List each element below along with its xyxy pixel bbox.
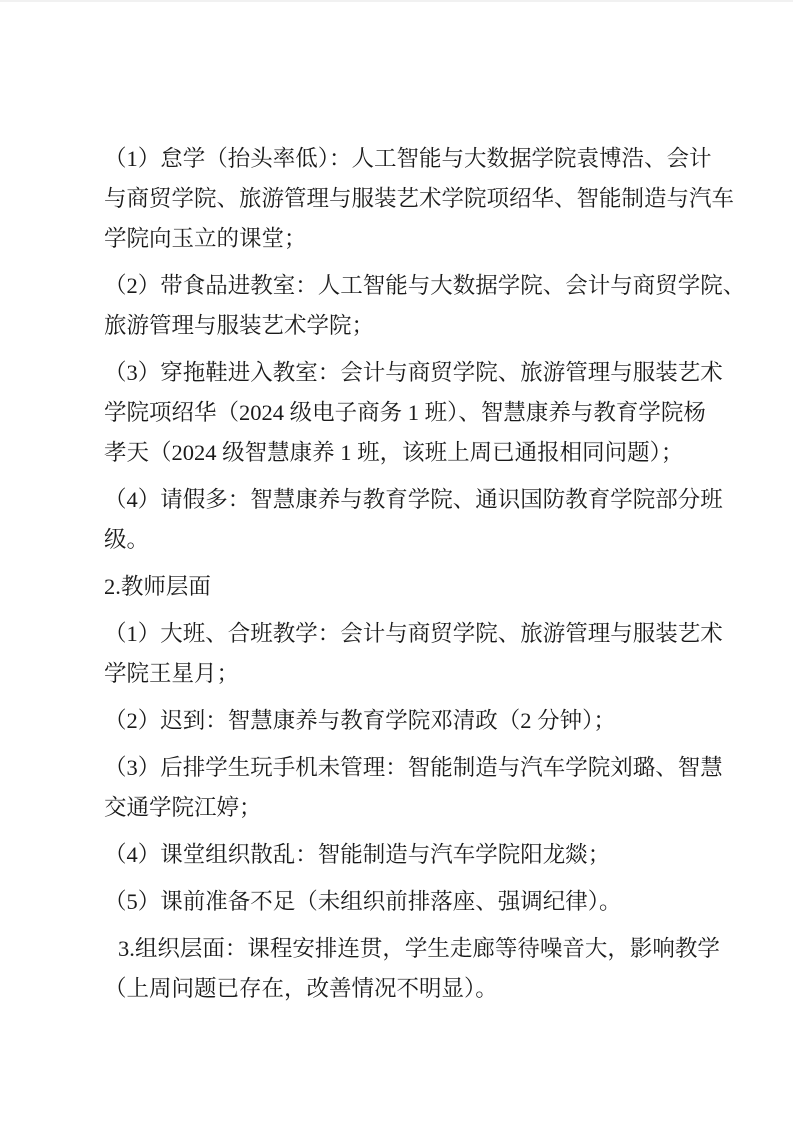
student-issue-4: （4）请假多：智慧康养与教育学院、通识国防教育学院部分班级。 [104,480,696,560]
text-line: 2.教师层面 [104,567,696,607]
text-line: 学院王星月； [104,654,696,694]
teacher-issue-4: （4）课堂组织散乱：智能制造与汽车学院阳龙燚； [104,835,696,875]
text-line: 学院向玉立的课堂； [104,219,696,259]
text-line: 孝天（2024 级智慧康养 1 班，该班上周已通报相同问题）； [104,433,696,473]
teacher-issue-3: （3）后排学生玩手机未管理：智能制造与汽车学院刘璐、智慧交通学院江婷； [104,748,696,828]
text-line: 学院项绍华（2024 级电子商务 1 班）、智慧康养与教育学院杨 [104,393,696,433]
student-issue-3: （3）穿拖鞋进入教室：会计与商贸学院、旅游管理与服装艺术学院项绍华（2024 级… [104,353,696,473]
text-line: 级。 [104,520,696,560]
text-line: （3）后排学生玩手机未管理：智能制造与汽车学院刘璐、智慧 [104,748,696,788]
text-line: （上周问题已存在，改善情况不明显）。 [104,969,696,1009]
student-issue-1: （1）怠学（抬头率低）：人工智能与大数据学院袁博浩、会计与商贸学院、旅游管理与服… [104,139,696,259]
text-line: （2）带食品进教室：人工智能与大数据学院、会计与商贸学院、 [104,266,696,306]
document-page: （1）怠学（抬头率低）：人工智能与大数据学院袁博浩、会计与商贸学院、旅游管理与服… [0,0,793,1122]
text-line: （1）怠学（抬头率低）：人工智能与大数据学院袁博浩、会计 [104,139,696,179]
section-heading-teacher-level: 2.教师层面 [104,567,696,607]
text-line: （1）大班、合班教学：会计与商贸学院、旅游管理与服装艺术 [104,614,696,654]
text-line: 与商贸学院、旅游管理与服装艺术学院项绍华、智能制造与汽车 [104,179,696,219]
text-line: 旅游管理与服装艺术学院； [104,306,696,346]
teacher-issue-1: （1）大班、合班教学：会计与商贸学院、旅游管理与服装艺术学院王星月； [104,614,696,694]
text-line: （5）课前准备不足（未组织前排落座、强调纪律）。 [104,882,696,922]
section-organization-level: 3.组织层面：课程安排连贯，学生走廊等待噪音大，影响教学（上周问题已存在，改善情… [104,929,696,1009]
student-issue-2: （2）带食品进教室：人工智能与大数据学院、会计与商贸学院、旅游管理与服装艺术学院… [104,266,696,346]
text-line: 3.组织层面：课程安排连贯，学生走廊等待噪音大，影响教学 [104,929,696,969]
text-line: （4）课堂组织散乱：智能制造与汽车学院阳龙燚； [104,835,696,875]
text-line: （4）请假多：智慧康养与教育学院、通识国防教育学院部分班 [104,480,696,520]
teacher-issue-5: （5）课前准备不足（未组织前排落座、强调纪律）。 [104,882,696,922]
text-line: （3）穿拖鞋进入教室：会计与商贸学院、旅游管理与服装艺术 [104,353,696,393]
text-line: 交通学院江婷； [104,788,696,828]
document-body: （1）怠学（抬头率低）：人工智能与大数据学院袁博浩、会计与商贸学院、旅游管理与服… [104,139,696,1016]
text-line: （2）迟到：智慧康养与教育学院邓清政（2 分钟）； [104,701,696,741]
teacher-issue-2: （2）迟到：智慧康养与教育学院邓清政（2 分钟）； [104,701,696,741]
